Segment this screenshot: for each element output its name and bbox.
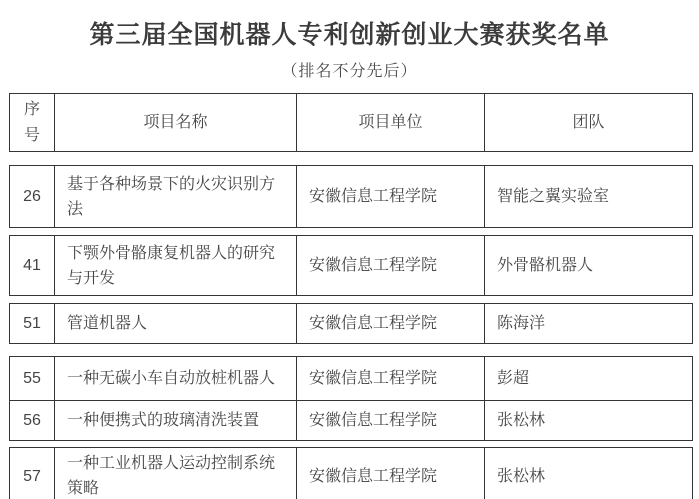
table-row: 51 管道机器人 安徽信息工程学院 陈海洋 (9, 303, 693, 344)
page-root: 第三届全国机器人专利创新创业大赛获奖名单 （排名不分先后） 序 号 项目名称 项… (0, 0, 699, 499)
team-cell: 张松林 (484, 401, 692, 440)
organization-cell: 安徽信息工程学院 (296, 304, 484, 343)
organization-cell: 安徽信息工程学院 (296, 357, 484, 400)
serial-number-cell: 57 (10, 448, 54, 499)
organization-cell: 安徽信息工程学院 (296, 401, 484, 440)
header-row: 序 号 项目名称 项目单位 团队 (9, 93, 693, 152)
serial-number-cell: 51 (10, 304, 54, 343)
awards-table: 序 号 项目名称 项目单位 团队 26 基于各种场景下的火灾识别方法 安徽信息工… (9, 93, 693, 499)
table-row: 55 一种无碳小车自动放桩机器人 安徽信息工程学院 彭超 (9, 356, 693, 401)
project-name-cell: 一种工业机器人运动控制系统策略 (54, 448, 296, 499)
project-name-cell: 基于各种场景下的火灾识别方法 (54, 166, 296, 227)
team-cell: 陈海洋 (484, 304, 692, 343)
page-subtitle: （排名不分先后） (0, 58, 699, 81)
team-cell: 张松林 (484, 448, 692, 499)
table-row: 26 基于各种场景下的火灾识别方法 安徽信息工程学院 智能之翼实验室 (9, 165, 693, 228)
organization-cell: 安徽信息工程学院 (296, 166, 484, 227)
team-cell: 彭超 (484, 357, 692, 400)
serial-number-cell: 41 (10, 236, 54, 295)
project-name-cell: 一种便携式的玻璃清洗装置 (54, 401, 296, 440)
serial-number-cell: 26 (10, 166, 54, 227)
page-title: 第三届全国机器人专利创新创业大赛获奖名单 (0, 0, 699, 51)
header-cell-serial-number: 序 号 (10, 94, 54, 151)
team-cell: 外骨骼机器人 (484, 236, 692, 295)
project-name-cell: 下颚外骨骼康复机器人的研究与开发 (54, 236, 296, 295)
table-row: 56 一种便携式的玻璃清洗装置 安徽信息工程学院 张松林 (9, 401, 693, 441)
header-cell-project-name: 项目名称 (54, 94, 296, 151)
project-name-cell: 管道机器人 (54, 304, 296, 343)
table-row: 57 一种工业机器人运动控制系统策略 安徽信息工程学院 张松林 (9, 447, 693, 499)
organization-cell: 安徽信息工程学院 (296, 448, 484, 499)
organization-cell: 安徽信息工程学院 (296, 236, 484, 295)
header-cell-team: 团队 (484, 94, 692, 151)
header-cell-organization: 项目单位 (296, 94, 484, 151)
serial-number-cell: 55 (10, 357, 54, 400)
serial-number-cell: 56 (10, 401, 54, 440)
project-name-cell: 一种无碳小车自动放桩机器人 (54, 357, 296, 400)
table-row: 41 下颚外骨骼康复机器人的研究与开发 安徽信息工程学院 外骨骼机器人 (9, 235, 693, 296)
team-cell: 智能之翼实验室 (484, 166, 692, 227)
